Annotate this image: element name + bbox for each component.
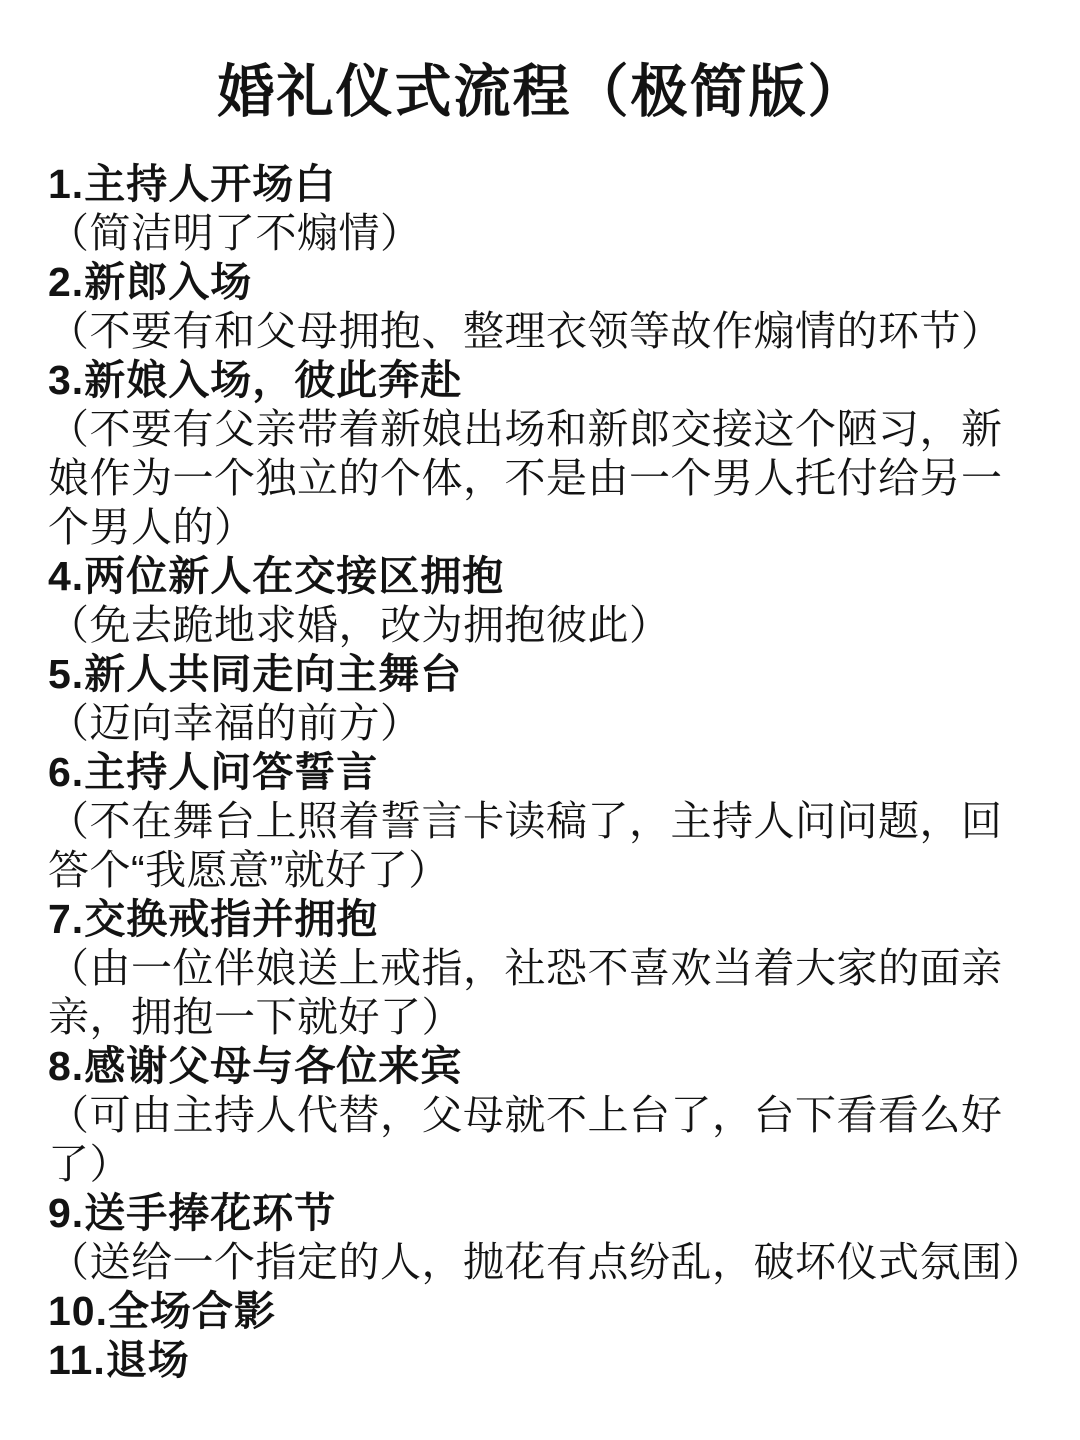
item-heading: 7.交换戒指并拥抱: [48, 895, 1038, 944]
list-item: 9.送手捧花环节 （送给一个指定的人，抛花有点纷乱，破坏仪式氛围）: [48, 1189, 1038, 1287]
item-note: （不要有和父母拥抱、整理衣领等故作煽情的环节）: [48, 307, 1038, 356]
item-note: （迈向幸福的前方）: [48, 699, 1038, 748]
item-note: （免去跪地求婚，改为拥抱彼此）: [48, 601, 1038, 650]
list-item: 4.两位新人在交接区拥抱 （免去跪地求婚，改为拥抱彼此）: [48, 552, 1038, 650]
item-heading: 11.退场: [48, 1336, 1038, 1385]
item-note: （不要有父亲带着新娘出场和新郎交接这个陋习，新娘作为一个独立的个体，不是由一个男…: [48, 405, 1038, 552]
item-heading: 8.感谢父母与各位来宾: [48, 1042, 1038, 1091]
item-heading: 10.全场合影: [48, 1287, 1038, 1336]
item-heading: 6.主持人问答誓言: [48, 748, 1038, 797]
item-note: （送给一个指定的人，抛花有点纷乱，破坏仪式氛围）: [48, 1238, 1038, 1287]
ceremony-steps-list: 1.主持人开场白 （简洁明了不煽情） 2.新郎入场 （不要有和父母拥抱、整理衣领…: [48, 160, 1038, 1385]
list-item: 10.全场合影: [48, 1287, 1038, 1336]
page-title: 婚礼仪式流程（极简版）: [48, 50, 1036, 134]
list-item: 7.交换戒指并拥抱 （由一位伴娘送上戒指，社恐不喜欢当着大家的面亲亲，拥抱一下就…: [48, 895, 1038, 1042]
item-heading: 3.新娘入场，彼此奔赴: [48, 356, 1038, 405]
list-item: 6.主持人问答誓言 （不在舞台上照着誓言卡读稿了，主持人问问题，回答个“我愿意”…: [48, 748, 1038, 895]
document-page: 婚礼仪式流程（极简版） 1.主持人开场白 （简洁明了不煽情） 2.新郎入场 （不…: [0, 0, 1080, 1440]
item-heading: 4.两位新人在交接区拥抱: [48, 552, 1038, 601]
item-heading: 2.新郎入场: [48, 258, 1038, 307]
item-note: （简洁明了不煽情）: [48, 209, 1038, 258]
list-item: 11.退场: [48, 1336, 1038, 1385]
list-item: 8.感谢父母与各位来宾 （可由主持人代替，父母就不上台了，台下看看么好了）: [48, 1042, 1038, 1189]
list-item: 1.主持人开场白 （简洁明了不煽情）: [48, 160, 1038, 258]
item-note: （由一位伴娘送上戒指，社恐不喜欢当着大家的面亲亲，拥抱一下就好了）: [48, 944, 1038, 1042]
item-heading: 9.送手捧花环节: [48, 1189, 1038, 1238]
item-note: （不在舞台上照着誓言卡读稿了，主持人问问题，回答个“我愿意”就好了）: [48, 797, 1038, 895]
list-item: 2.新郎入场 （不要有和父母拥抱、整理衣领等故作煽情的环节）: [48, 258, 1038, 356]
list-item: 3.新娘入场，彼此奔赴 （不要有父亲带着新娘出场和新郎交接这个陋习，新娘作为一个…: [48, 356, 1038, 552]
item-note: （可由主持人代替，父母就不上台了，台下看看么好了）: [48, 1091, 1038, 1189]
item-heading: 5.新人共同走向主舞台: [48, 650, 1038, 699]
item-heading: 1.主持人开场白: [48, 160, 1038, 209]
list-item: 5.新人共同走向主舞台 （迈向幸福的前方）: [48, 650, 1038, 748]
